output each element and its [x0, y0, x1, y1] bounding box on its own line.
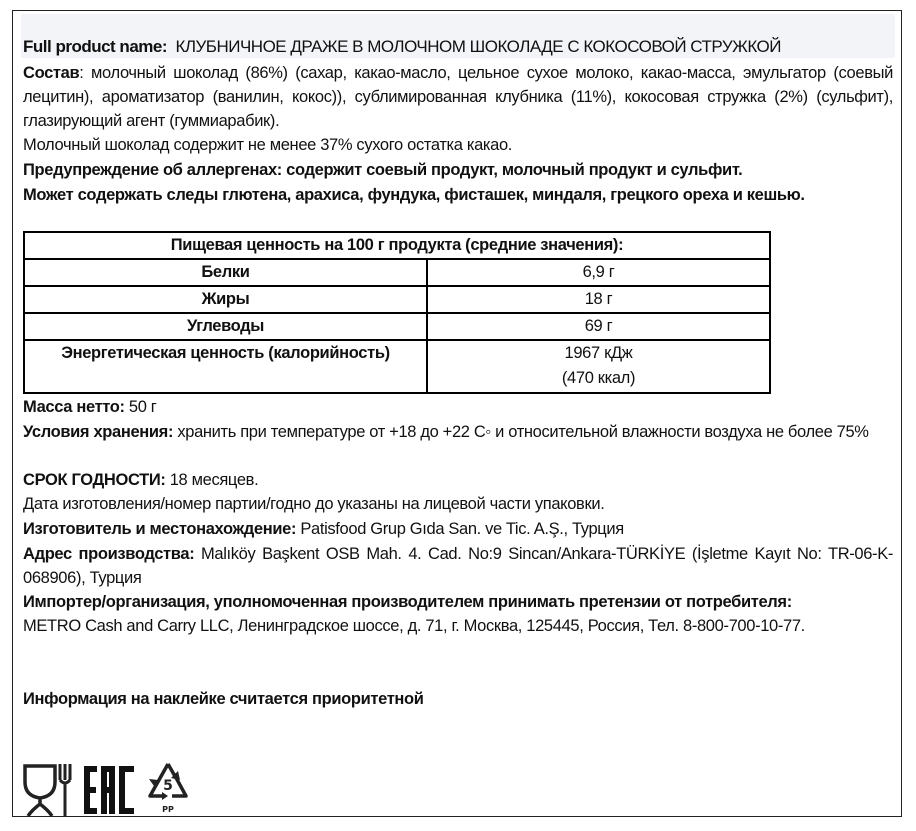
allergen-traces: Может содержать следы глютена, арахиса, …: [23, 183, 893, 207]
svg-text:PP: PP: [162, 805, 174, 814]
production-address-label: Адрес производства:: [23, 545, 194, 563]
nutrient-value: 69 г: [427, 313, 770, 340]
table-row: Энергетическая ценность (калорийность) 1…: [24, 340, 770, 393]
nutrition-table: Пищевая ценность на 100 г продукта (сред…: [23, 231, 771, 394]
nutrition-header: Пищевая ценность на 100 г продукта (сред…: [24, 232, 770, 259]
shelf-life-value: 18 месяцев.: [166, 471, 259, 489]
composition-text: : молочный шоколад (86%) (сахар, какао-м…: [23, 64, 893, 130]
storage-label: Условия хранения:: [23, 423, 173, 441]
manufacturer-value: Patisfood Grup Gıda San. ve Tic. A.Ş., Т…: [296, 520, 624, 538]
cocoa-note: Молочный шоколад содержит не менее 37% с…: [23, 133, 893, 157]
nutrient-value: 1967 кДж (470 ккал): [427, 340, 770, 393]
nutrient-label: Белки: [24, 259, 427, 286]
product-name-line: Full product name: КЛУБНИЧНОЕ ДРАЖЕ В МО…: [23, 35, 893, 59]
date-note: Дата изготовления/номер партии/годно до …: [23, 492, 893, 516]
eac-mark-icon: [82, 764, 136, 816]
storage-value: хранить при температуре от +18 до +22 С◦…: [173, 423, 869, 441]
manufacturer: Изготовитель и местонахождение: Patisfoo…: [23, 517, 893, 541]
shelf-life: СРОК ГОДНОСТИ: 18 месяцев.: [23, 468, 893, 492]
table-row: Белки 6,9 г: [24, 259, 770, 286]
production-address: Адрес производства: Malıköy Başkent OSB …: [23, 542, 893, 590]
importer-label: Импортер/организация, уполномоченная про…: [23, 590, 893, 614]
svg-text:5: 5: [163, 778, 173, 794]
nutrition-header-row: Пищевая ценность на 100 г продукта (сред…: [24, 232, 770, 259]
allergen-warning: Предупреждение об аллергенах: содержит с…: [23, 158, 893, 182]
manufacturer-label: Изготовитель и местонахождение:: [23, 520, 296, 538]
nutrient-label: Углеводы: [24, 313, 427, 340]
recycle-pp-icon: 5 PP: [144, 758, 192, 816]
storage-conditions: Условия хранения: хранить при температур…: [23, 420, 893, 444]
table-row: Жиры 18 г: [24, 286, 770, 313]
net-weight-value: 50 г: [125, 398, 157, 416]
product-name-value: КЛУБНИЧНОЕ ДРАЖЕ В МОЛОЧНОМ ШОКОЛАДЕ С К…: [175, 37, 781, 56]
importer-value: METRO Cash and Carry LLC, Ленинградское …: [23, 614, 893, 638]
table-row: Углеводы 69 г: [24, 313, 770, 340]
nutrient-label: Энергетическая ценность (калорийность): [24, 340, 427, 393]
net-weight: Масса нетто: 50 г: [23, 395, 893, 419]
nutrient-label: Жиры: [24, 286, 427, 313]
composition-label: Состав: [23, 64, 79, 82]
product-name-label: Full product name:: [23, 37, 167, 56]
net-weight-label: Масса нетто:: [23, 398, 125, 416]
nutrient-value: 18 г: [427, 286, 770, 313]
energy-kcal: (470 ккал): [428, 366, 769, 391]
composition: Состав: молочный шоколад (86%) (сахар, к…: [23, 61, 893, 133]
energy-kj: 1967 кДж: [428, 341, 769, 366]
glass-fork-icon: [22, 760, 74, 816]
marking-icons: 5 PP: [22, 760, 192, 816]
shelf-life-label: СРОК ГОДНОСТИ:: [23, 471, 166, 489]
nutrient-value: 6,9 г: [427, 259, 770, 286]
sticker-note: Информация на наклейке считается приорит…: [23, 687, 893, 711]
